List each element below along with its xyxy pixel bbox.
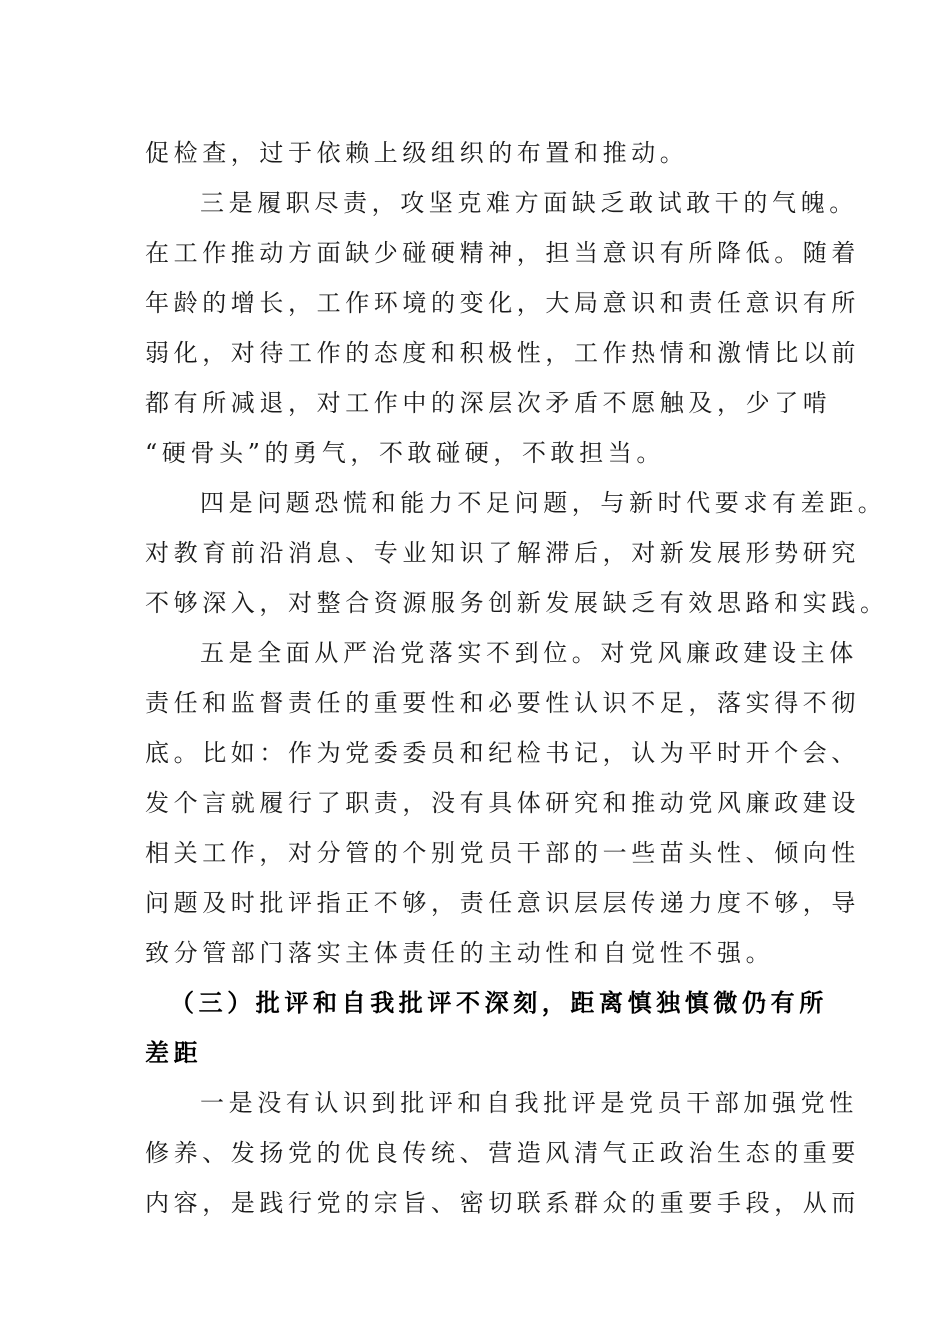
text-line: 修养、发扬党的优良传统、营造风清气正政治生态的重要 (145, 1138, 860, 1168)
text-line: 弱化，对待工作的态度和积极性，工作热情和激情比以前 (145, 338, 860, 368)
text-line: 致分管部门落实主体责任的主动性和自觉性不强。 (145, 938, 774, 968)
text-line: 促检查，过于依赖上级组织的布置和推动。 (145, 138, 688, 168)
paragraph-heading-5: 五是全面从严治党落实不到位。对党风廉政建设主体 (200, 638, 858, 668)
text-line: 问题及时批评指正不够，责任意识层层传递力度不够，导 (145, 888, 860, 918)
paragraph-heading-1: 一是没有认识到批评和自我批评是党员干部加强党性 (200, 1088, 858, 1118)
document-page: 促检查，过于依赖上级组织的布置和推动。 三是履职尽责，攻坚克难方面缺乏敢试敢干的… (0, 0, 950, 1344)
text-line: 对教育前沿消息、专业知识了解滞后，对新发展形势研究 (145, 538, 860, 568)
text-line: 发个言就履行了职责，没有具体研究和推动党风廉政建设 (145, 788, 860, 818)
text-line: 相关工作，对分管的个别党员干部的一些苗头性、倾向性 (145, 838, 860, 868)
text-line: 年龄的增长，工作环境的变化，大局意识和责任意识有所 (145, 288, 860, 318)
section-heading-continued: 差距 (145, 1038, 202, 1068)
paragraph-heading-3: 三是履职尽责，攻坚克难方面缺乏敢试敢干的气魄。 (200, 188, 858, 218)
text-line: 不够深入，对整合资源服务创新发展缺乏有效思路和实践。 (145, 588, 889, 618)
text-line: 在工作推动方面缺少碰硬精神，担当意识有所降低。随着 (145, 238, 860, 268)
text-line: 内容，是践行党的宗旨、密切联系群众的重要手段，从而 (145, 1188, 860, 1218)
text-line: 底。比如：作为党委委员和纪检书记，认为平时开个会、 (145, 738, 860, 768)
section-heading: （三）批评和自我批评不深刻，距离慎独慎微仍有所 (170, 988, 828, 1018)
text-line: 责任和监督责任的重要性和必要性认识不足，落实得不彻 (145, 688, 860, 718)
text-line: “硬骨头”的勇气，不敢碰硬，不敢担当。 (145, 438, 665, 468)
paragraph-heading-4: 四是问题恐慌和能力不足问题，与新时代要求有差距。 (200, 488, 886, 518)
text-line: 都有所减退，对工作中的深层次矛盾不愿触及，少了啃 (145, 388, 831, 418)
